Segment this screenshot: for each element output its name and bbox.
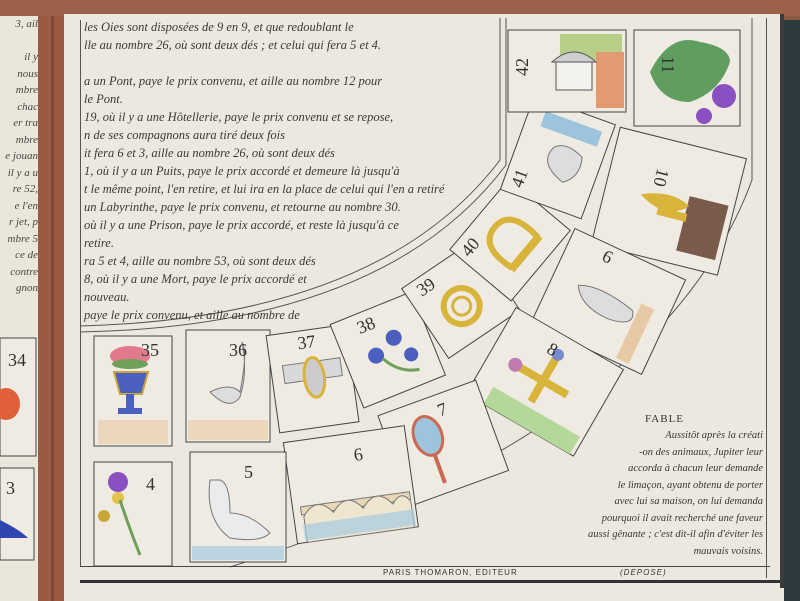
fable-line: accorda à chacun leur demande [588, 461, 763, 478]
fable-line: le limaçon, ayant obtenu de porter [588, 478, 763, 495]
board-border-right-outer [780, 14, 784, 588]
fable-text: Aussitôt après la créati -on des animaux… [588, 428, 763, 560]
rules-line: 19, où il y a une Hôtellerie, paye le pr… [84, 110, 393, 125]
svg-text:5: 5 [244, 462, 253, 482]
rules-line: 1, où il y a un Puits, paye le prix acco… [84, 164, 400, 179]
square-5: 5 [190, 452, 286, 562]
board-border-bottom-inner [80, 566, 770, 567]
svg-text:11: 11 [658, 56, 678, 73]
square-35: 35 [94, 336, 172, 446]
rules-line: un Labyrinthe, paye le prix convenu, et … [84, 200, 401, 215]
fable-line: avec lui sa maison, on lui demanda [588, 494, 763, 511]
rules-line: le Pont. [84, 92, 123, 107]
board-border-bottom-outer [80, 580, 780, 583]
svg-text:35: 35 [141, 340, 159, 360]
fable-line: -on des animaux, Jupiter leur [588, 445, 763, 462]
svg-text:34: 34 [8, 350, 26, 370]
square-42: 42 [508, 30, 626, 112]
deposit-mark: (DEPOSE) [620, 568, 667, 577]
board-border-right-inner [766, 18, 767, 578]
square-3: 3 [0, 468, 34, 560]
rules-line: n de ses compagnons aura tiré deux fois [84, 128, 285, 143]
rules-line: 8, où il y a une Mort, paye le prix acco… [84, 272, 307, 287]
fable-line: mauvais voisins. [588, 544, 763, 561]
fable-line: pourquoi il avait recherché une faveur [588, 511, 763, 528]
board-border-left [80, 20, 81, 566]
publisher-imprint: PARIS THOMARON, EDITEUR [383, 568, 518, 577]
svg-text:4: 4 [146, 474, 155, 494]
svg-text:37: 37 [296, 331, 317, 353]
rules-line: t le même point, l'en retire, et lui ira… [84, 182, 444, 197]
rules-line: où il y a une Prison, paye le prix accor… [84, 218, 399, 233]
square-34: 34 [0, 338, 36, 456]
rules-line: it fera 6 et 3, aille au nombre 26, où s… [84, 146, 335, 161]
square-11: 11 [634, 30, 740, 126]
rules-line: a un Pont, paye le prix convenu, et aill… [84, 74, 382, 89]
rules-line: retire. [84, 236, 114, 251]
square-36: 36 [186, 330, 270, 442]
rules-line: paye le prix convenu, et aille au nombre… [84, 308, 300, 323]
svg-text:36: 36 [229, 340, 247, 360]
rules-line: nouveau. [84, 290, 129, 305]
square-4: 4 [94, 462, 172, 566]
rules-line: ra 5 et 4, aille au nombre 53, où sont d… [84, 254, 316, 269]
rules-line: les Oies sont disposées de 9 en 9, et qu… [84, 20, 354, 35]
fable-title: FABLE [645, 413, 684, 425]
rules-line: lle au nombre 26, où sont deux dés ; et … [84, 38, 381, 53]
svg-text:3: 3 [6, 478, 15, 498]
square-6: 6 [283, 426, 418, 544]
fable-line: Aussitôt après la créati [588, 428, 763, 445]
fable-line: aussi gênante ; c'est dit-il afin d'évit… [588, 527, 763, 544]
svg-text:42: 42 [512, 58, 532, 76]
